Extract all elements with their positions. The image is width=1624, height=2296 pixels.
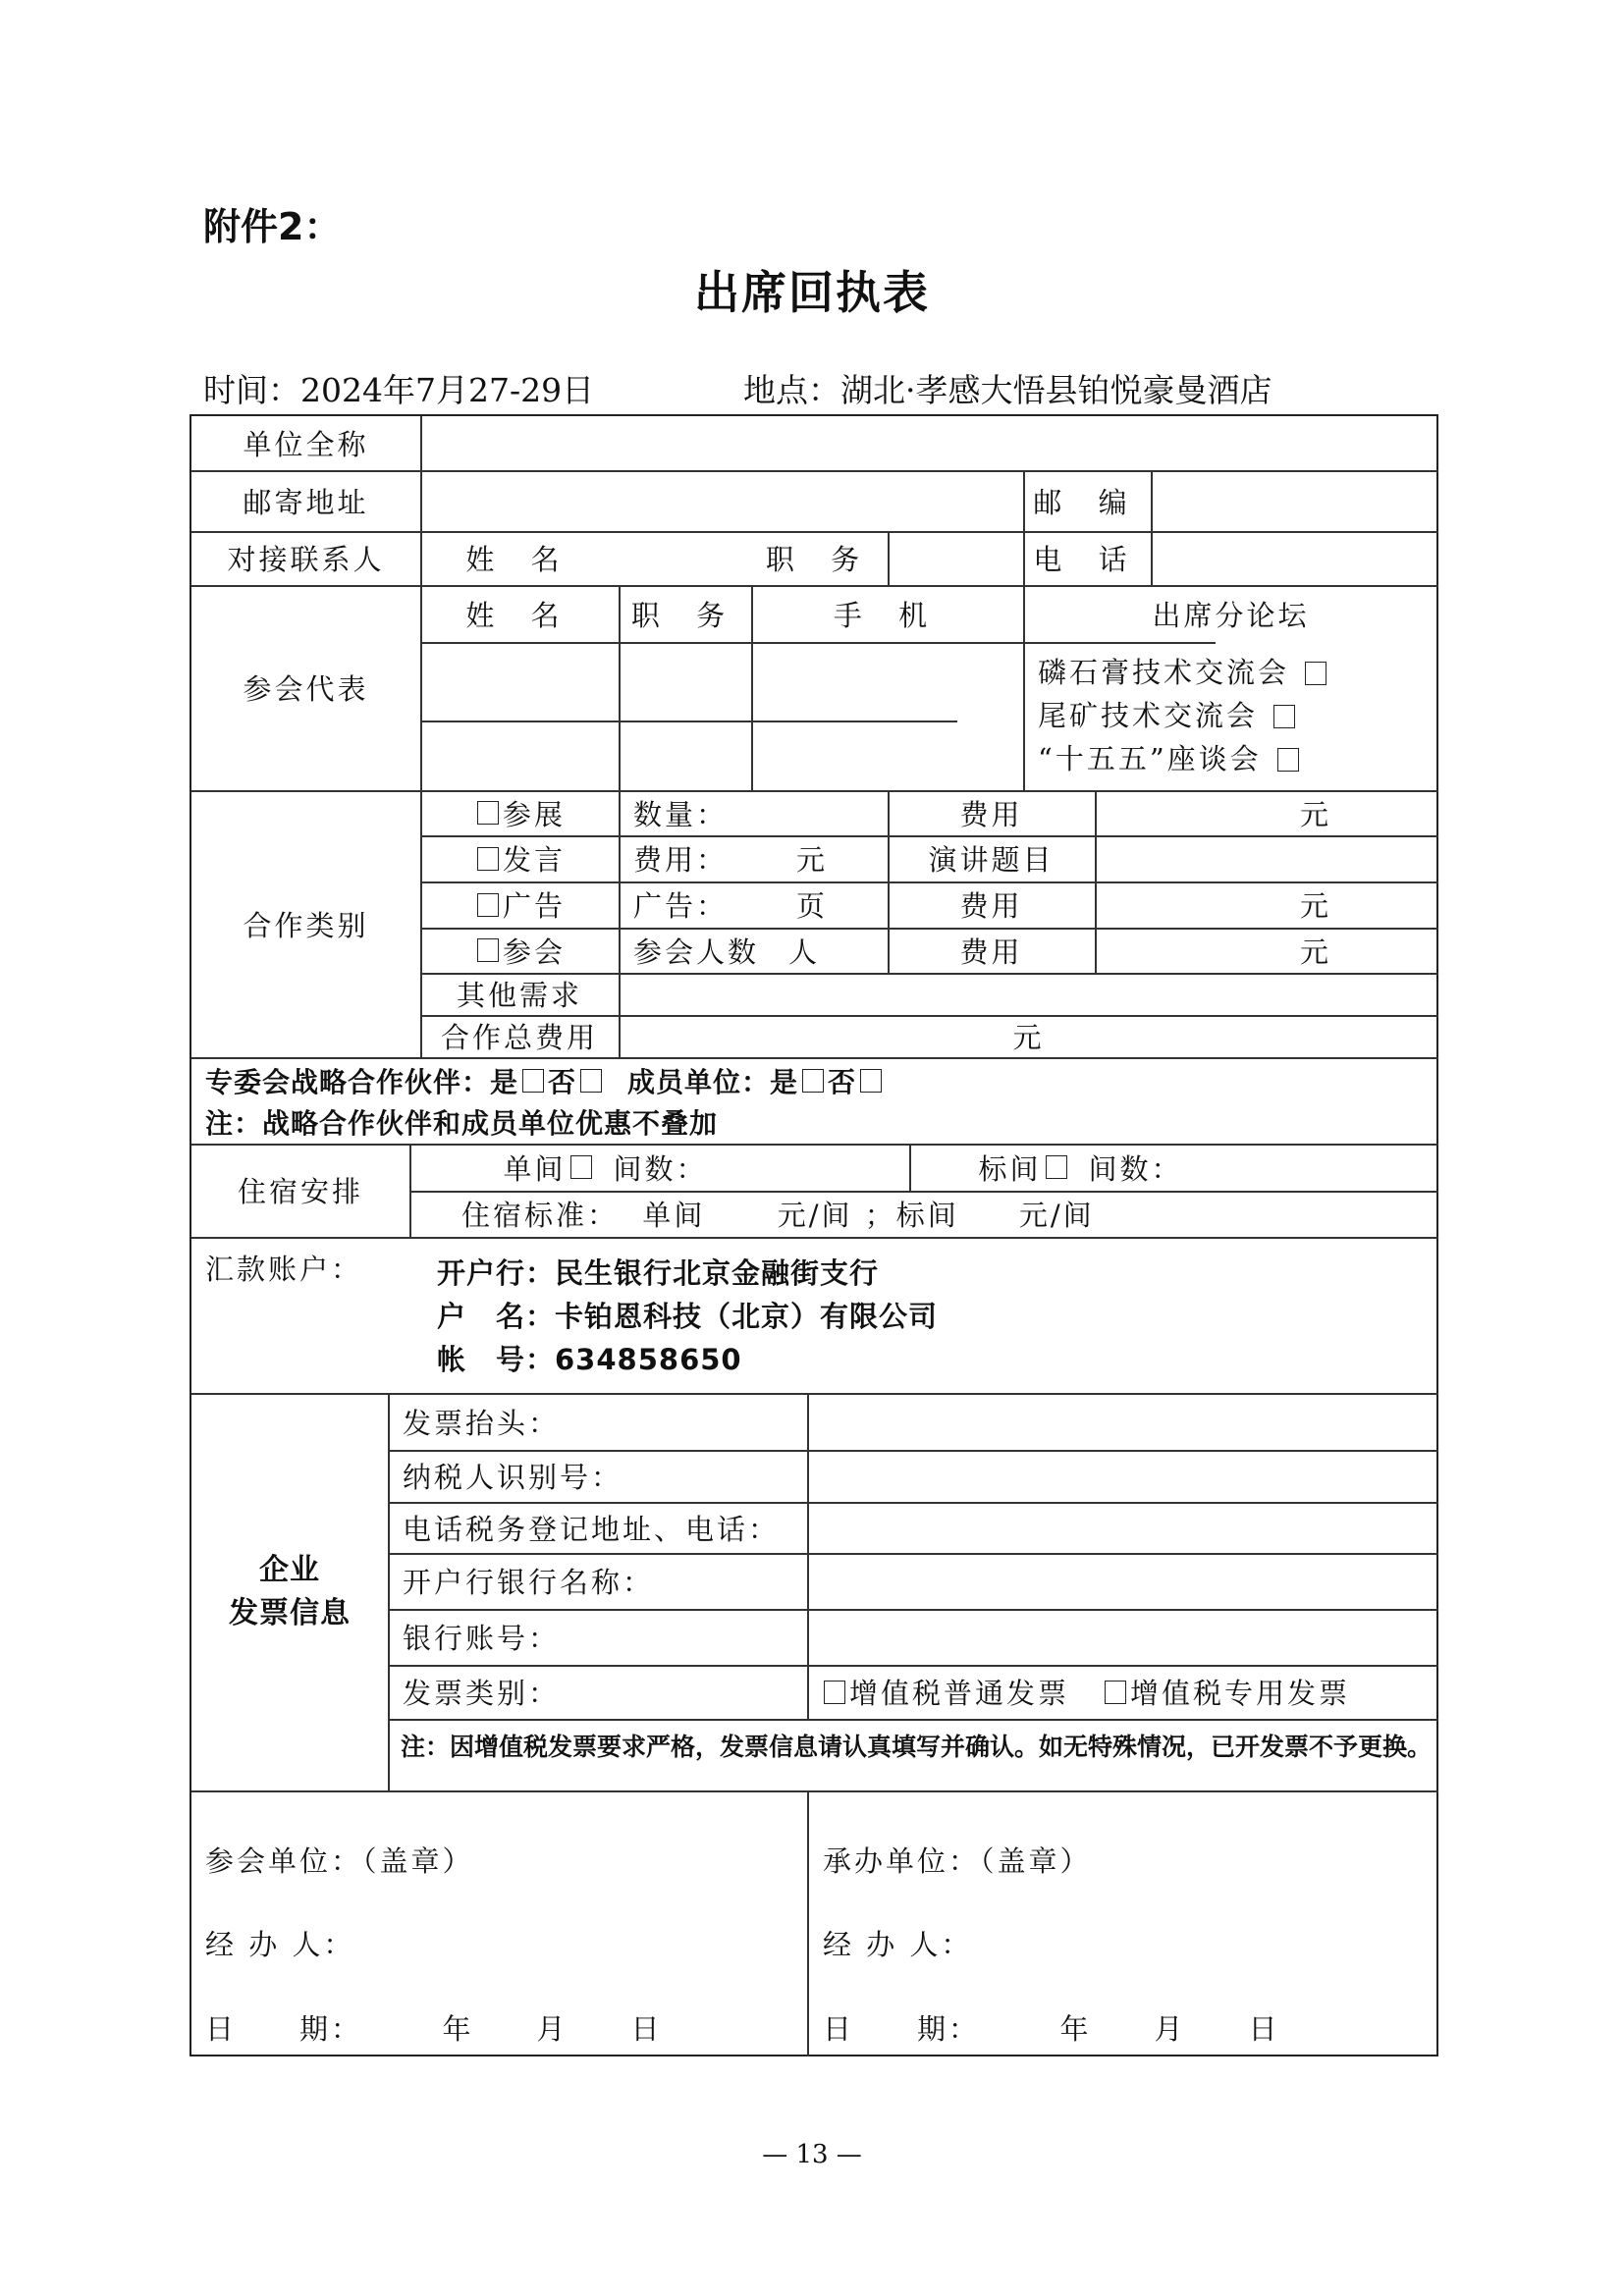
taxpayer-id-field[interactable] (807, 1450, 1438, 1502)
contact-phone-label: 电 话 (1023, 531, 1151, 585)
coop-option-attend[interactable]: 参会 (420, 928, 619, 973)
coop-speech-topic-field[interactable] (1095, 835, 1438, 881)
total-fee-label: 合作总费用 (420, 1015, 619, 1057)
checkbox-icon[interactable] (477, 801, 499, 825)
vat-normal-checkbox[interactable] (824, 1681, 845, 1704)
cooperation-label: 合作类别 (191, 790, 420, 1057)
invoice-title-field[interactable] (807, 1393, 1438, 1450)
coop-attend-count[interactable]: 参会人数人 (633, 928, 888, 973)
event-time: 时间：2024年7月27-29日 (203, 365, 594, 411)
remittance-bank: 开户行：民生银行北京金融街支行 (437, 1252, 879, 1295)
lodging-label: 住宿安排 (191, 1144, 409, 1237)
remittance-label: 汇款账户： (205, 1243, 402, 1292)
attachment-label: 附件2： (203, 196, 341, 250)
partner-line: 专委会战略合作伙伴：是 否 成员单位：是 否 (205, 1059, 1433, 1102)
contact-label: 对接联系人 (191, 531, 420, 585)
bank-account-field[interactable] (807, 1609, 1438, 1665)
coop-option-exhibit[interactable]: 参展 (420, 790, 619, 835)
tax-address-label: 电话税务登记地址、电话： (403, 1502, 807, 1553)
coop-attend-fee-field[interactable]: 元 (1095, 928, 1438, 973)
partner-note: 注：战略合作伙伴和成员单位优惠不叠加 (205, 1101, 1433, 1143)
coop-speech-fee[interactable]: 费用：元 (633, 835, 888, 881)
attendee-date[interactable]: 日 期： 年 月 日 (205, 2002, 794, 2052)
coop-option-speech[interactable]: 发言 (420, 835, 619, 881)
lodging-standard: 住宿标准： 单间 元/间 ；标间 元/间 (461, 1191, 1434, 1237)
delegate-col-name: 姓 名 (420, 585, 619, 642)
tax-address-field[interactable] (807, 1502, 1438, 1553)
checkbox-icon[interactable] (1305, 662, 1326, 685)
delegate-1-mobile-field[interactable] (751, 642, 1023, 721)
attendee-handler[interactable]: 经 办 人： (205, 1918, 794, 1967)
contact-phone-field[interactable] (1151, 531, 1438, 585)
coop-exhibit-quantity[interactable]: 数量： (633, 790, 888, 835)
contact-title-label: 职 务 (751, 531, 888, 585)
delegate-col-mobile: 手 机 (751, 585, 1023, 642)
delegate-2-title-field[interactable] (619, 721, 751, 790)
invoice-note: 注：因增值税发票要求严格，发票信息请认真填写并确认。如无特殊情况，已开发票不予更… (401, 1722, 1434, 1790)
organizer-unit-stamp: 承办单位：（盖章） (823, 1835, 1412, 1884)
lodging-single[interactable]: 单间间数： (409, 1144, 909, 1191)
member-yes-checkbox[interactable] (802, 1069, 824, 1093)
address-label: 邮寄地址 (191, 470, 420, 531)
delegate-2-name-field[interactable] (420, 721, 619, 790)
other-needs-field[interactable] (619, 973, 1438, 1015)
delegate-2-mobile-field[interactable] (751, 721, 1023, 790)
checkbox-icon[interactable] (1046, 1155, 1067, 1179)
event-place: 地点：湖北·孝感大悟县铂悦豪曼酒店 (743, 365, 1272, 411)
invoice-section-label: 企业 发票信息 (191, 1393, 388, 1790)
invoice-bank-label: 开户行银行名称： (403, 1553, 807, 1609)
delegate-1-name-field[interactable] (420, 642, 619, 721)
attendance-form: 单位全称 邮寄地址 邮 编 对接联系人 姓 名 职 务 电 话 参会代表 姓 名… (189, 414, 1438, 2056)
page-number: — 13 — (0, 2140, 1624, 2169)
contact-name-label: 姓 名 (420, 531, 619, 585)
delegate-col-title: 职 务 (619, 585, 751, 642)
taxpayer-id-label: 纳税人识别号： (403, 1450, 807, 1502)
invoice-title-label: 发票抬头： (403, 1393, 807, 1450)
coop-exhibit-fee-label: 费用 (888, 790, 1095, 835)
partner-no-checkbox[interactable] (580, 1069, 602, 1093)
delegates-label: 参会代表 (191, 585, 420, 790)
delegate-col-forum: 出席分论坛 (1023, 585, 1438, 642)
invoice-type-label: 发票类别： (403, 1665, 807, 1719)
total-fee-field[interactable]: 元 (619, 1015, 1438, 1057)
member-no-checkbox[interactable] (860, 1069, 882, 1093)
lodging-twin[interactable]: 标间间数： (909, 1144, 1438, 1191)
checkbox-icon[interactable] (477, 893, 499, 917)
coop-ad-fee-field[interactable]: 元 (1095, 881, 1438, 928)
organizer-date[interactable]: 日 期： 年 月 日 (823, 2002, 1412, 2052)
contact-title-field[interactable] (888, 531, 1023, 585)
coop-attend-fee-label: 费用 (888, 928, 1095, 973)
coop-ad-pages[interactable]: 广告：页 (633, 881, 888, 928)
coop-exhibit-fee-field[interactable]: 元 (1095, 790, 1438, 835)
contact-name-field[interactable] (619, 531, 751, 585)
forum-option-tailings[interactable]: 尾矿技术交流会 (1038, 694, 1299, 737)
page-title: 出席回执表 (0, 257, 1624, 322)
unit-name-label: 单位全称 (191, 416, 420, 470)
bank-account-label: 银行账号： (403, 1609, 807, 1665)
coop-speech-topic-label: 演讲题目 (888, 835, 1095, 881)
checkbox-icon[interactable] (1277, 748, 1299, 772)
remittance-details: 开户行：民生银行北京金融街支行 户 名：卡铂恩科技（北京）有限公司 帐 号：63… (437, 1243, 1321, 1390)
coop-option-ad[interactable]: 广告 (420, 881, 619, 928)
forum-option-phosphogypsum[interactable]: 磷石膏技术交流会 (1038, 651, 1330, 694)
remittance-account-name: 户 名：卡铂恩科技（北京）有限公司 (437, 1295, 938, 1338)
postcode-field[interactable] (1151, 470, 1438, 531)
address-field[interactable] (420, 470, 1023, 531)
vat-special-checkbox[interactable] (1105, 1681, 1126, 1704)
checkbox-icon[interactable] (477, 847, 499, 871)
postcode-label: 邮 编 (1023, 470, 1151, 531)
forum-option-15th-five-year[interactable]: “十五五”座谈会 (1038, 737, 1303, 780)
partner-yes-checkbox[interactable] (522, 1069, 544, 1093)
checkbox-icon[interactable] (570, 1155, 592, 1179)
remittance-account-no: 帐 号：634858650 (437, 1338, 742, 1381)
attendee-unit-stamp: 参会单位：（盖章） (205, 1835, 794, 1884)
forum-options: 磷石膏技术交流会 尾矿技术交流会 “十五五”座谈会 (1038, 644, 1435, 786)
checkbox-icon[interactable] (1273, 705, 1295, 728)
delegate-1-title-field[interactable] (619, 642, 751, 721)
invoice-bank-field[interactable] (807, 1553, 1438, 1609)
unit-name-field[interactable] (420, 416, 1438, 470)
coop-ad-fee-label: 费用 (888, 881, 1095, 928)
checkbox-icon[interactable] (477, 938, 499, 962)
other-needs-label: 其他需求 (420, 973, 619, 1015)
invoice-type-options: 增值税普通发票 增值税专用发票 (820, 1665, 1438, 1719)
organizer-handler[interactable]: 经 办 人： (823, 1918, 1412, 1967)
